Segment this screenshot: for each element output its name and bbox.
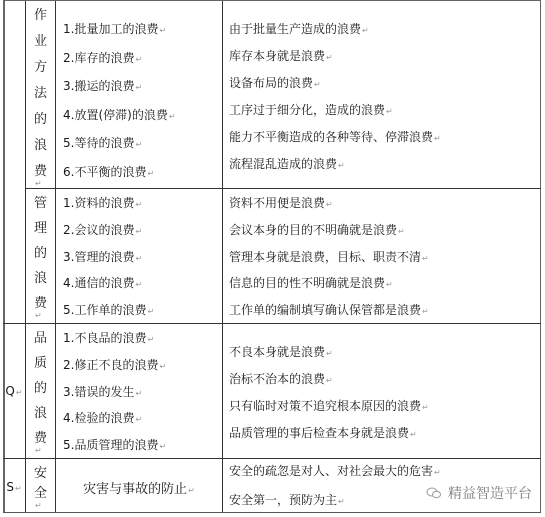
item-list-work-method: 1.批量加工的浪费↵ 2.库存的浪费↵ 3.搬运的浪费↵ 4.放置(停滞)的浪费… xyxy=(63,20,221,180)
list-item: 3.管理的浪费↵ xyxy=(63,248,221,265)
list-item: 6.不平衡的浪费↵ xyxy=(63,163,221,180)
category-work-method: 作 业 方 法 的 浪 费↵ xyxy=(26,4,55,188)
list-item: 2.修正不良的浪费↵ xyxy=(63,356,221,373)
description-item: 信息的目的性不明确就是浪费↵ xyxy=(229,274,539,291)
category-char: 浪 xyxy=(34,267,47,286)
list-item: 5.品质管理的浪费↵ xyxy=(63,436,221,453)
category-char: 安 xyxy=(34,462,47,481)
row-divider-1 xyxy=(25,188,541,189)
category-char: 的 xyxy=(34,108,47,127)
row-divider-2 xyxy=(3,323,541,324)
description-item: 库存本身就是浪费↵ xyxy=(229,47,539,64)
category-char: 的 xyxy=(34,242,47,261)
category-char: 理 xyxy=(34,217,47,236)
description-item: 工序过于细分化，造成的浪费↵ xyxy=(229,101,539,118)
list-item: 4.放置(停滞)的浪费↵ xyxy=(63,106,221,123)
description-list-work-method: 由于批量生产造成的浪费↵ 库存本身就是浪费↵ 设备布局的浪费↵ 工序过于细分化，… xyxy=(229,20,539,172)
row-divider-3 xyxy=(3,458,541,459)
list-item: 1.资料的浪费↵ xyxy=(63,194,221,211)
description-item: 不良本身就是浪费↵ xyxy=(229,343,539,360)
item-list-quality: 1.不良品的浪费↵ 2.修正不良的浪费↵ 3.错误的发生↵ 4.检验的浪费↵ 5… xyxy=(63,329,221,453)
description-item: 资料不用便是浪费↵ xyxy=(229,194,539,211)
watermark-text: 精益智造平台 xyxy=(448,483,532,503)
list-item: 灾害与事故的防止↵ xyxy=(56,478,222,497)
list-item: 2.会议的浪费↵ xyxy=(63,221,221,238)
list-item: 4.检验的浪费↵ xyxy=(63,409,221,426)
description-item: 治标不治本的浪费↵ xyxy=(229,370,539,387)
list-item: 3.错误的发生↵ xyxy=(63,383,221,400)
category-quality: 品 质 的 浪 费↵ xyxy=(26,327,55,455)
category-char: 品 xyxy=(34,327,47,346)
category-char: 费↵ xyxy=(34,160,47,188)
waste-classification-table: 作 业 方 法 的 浪 费↵ 1.批量加工的浪费↵ 2.库存的浪费↵ 3.搬运的… xyxy=(3,0,541,513)
wechat-icon xyxy=(426,487,442,499)
list-item: 3.搬运的浪费↵ xyxy=(63,77,221,94)
description-item: 只有临时对策不追究根本原因的浪费↵ xyxy=(229,397,539,414)
category-char: 方 xyxy=(34,56,47,75)
description-list-management: 资料不用便是浪费↵ 会议本身的目的不明确就是浪费↵ 管理本身就是浪费，目标、职责… xyxy=(229,194,539,318)
description-item: 设备布局的浪费↵ xyxy=(229,74,539,91)
category-letter-s: S↵ xyxy=(3,480,25,494)
list-item: 2.库存的浪费↵ xyxy=(63,49,221,66)
description-item: 会议本身的目的不明确就是浪费↵ xyxy=(229,221,539,238)
description-item: 由于批量生产造成的浪费↵ xyxy=(229,20,539,37)
category-char: 业 xyxy=(34,30,47,49)
category-char: 质 xyxy=(34,352,47,371)
category-char: 全↵ xyxy=(34,482,47,510)
watermark: 精益智造平台 xyxy=(426,483,532,503)
category-letter-q: Q↵ xyxy=(3,384,25,398)
list-item: 1.不良品的浪费↵ xyxy=(63,329,221,346)
category-char: 费↵ xyxy=(34,427,47,455)
table-border-bottom xyxy=(3,512,541,513)
category-management: 管 理 的 浪 费↵ xyxy=(26,192,55,320)
description-item: 工作单的编制填写确认保管都是浪费↵ xyxy=(229,301,539,318)
category-char: 费↵ xyxy=(34,292,47,320)
description-item: 安全的疏忽是对人、对社会最大的危害↵ xyxy=(229,462,539,479)
description-item: 流程混乱造成的浪费↵ xyxy=(229,155,539,172)
list-item: 4.通信的浪费↵ xyxy=(63,274,221,291)
column-divider-3 xyxy=(222,0,223,513)
description-list-quality: 不良本身就是浪费↵ 治标不治本的浪费↵ 只有临时对策不追究根本原因的浪费↵ 品质… xyxy=(229,343,539,441)
description-item: 管理本身就是浪费，目标、职责不清↵ xyxy=(229,248,539,265)
item-list-management: 1.资料的浪费↵ 2.会议的浪费↵ 3.管理的浪费↵ 4.通信的浪费↵ 5.工作… xyxy=(63,194,221,318)
category-char: 管 xyxy=(34,192,47,211)
list-item: 5.等待的浪费↵ xyxy=(63,134,221,151)
description-item: 能力不平衡造成的各种等待、停滞浪费↵ xyxy=(229,128,539,145)
category-safety: 安 全↵ xyxy=(26,462,55,510)
list-item: 5.工作单的浪费↵ xyxy=(63,301,221,318)
description-item: 品质管理的事后检查本身就是浪费↵ xyxy=(229,424,539,441)
category-char: 法 xyxy=(34,82,47,101)
column-divider-2 xyxy=(55,0,56,513)
table-border-left xyxy=(3,0,5,513)
table-border-right xyxy=(540,0,542,513)
list-item: 1.批量加工的浪费↵ xyxy=(63,20,221,37)
category-char: 浪 xyxy=(34,134,47,153)
table-border-top xyxy=(3,0,541,1)
item-list-safety: 灾害与事故的防止↵ xyxy=(56,478,222,497)
category-char: 浪 xyxy=(34,402,47,421)
category-char: 的 xyxy=(34,377,47,396)
category-char: 作 xyxy=(34,4,47,23)
